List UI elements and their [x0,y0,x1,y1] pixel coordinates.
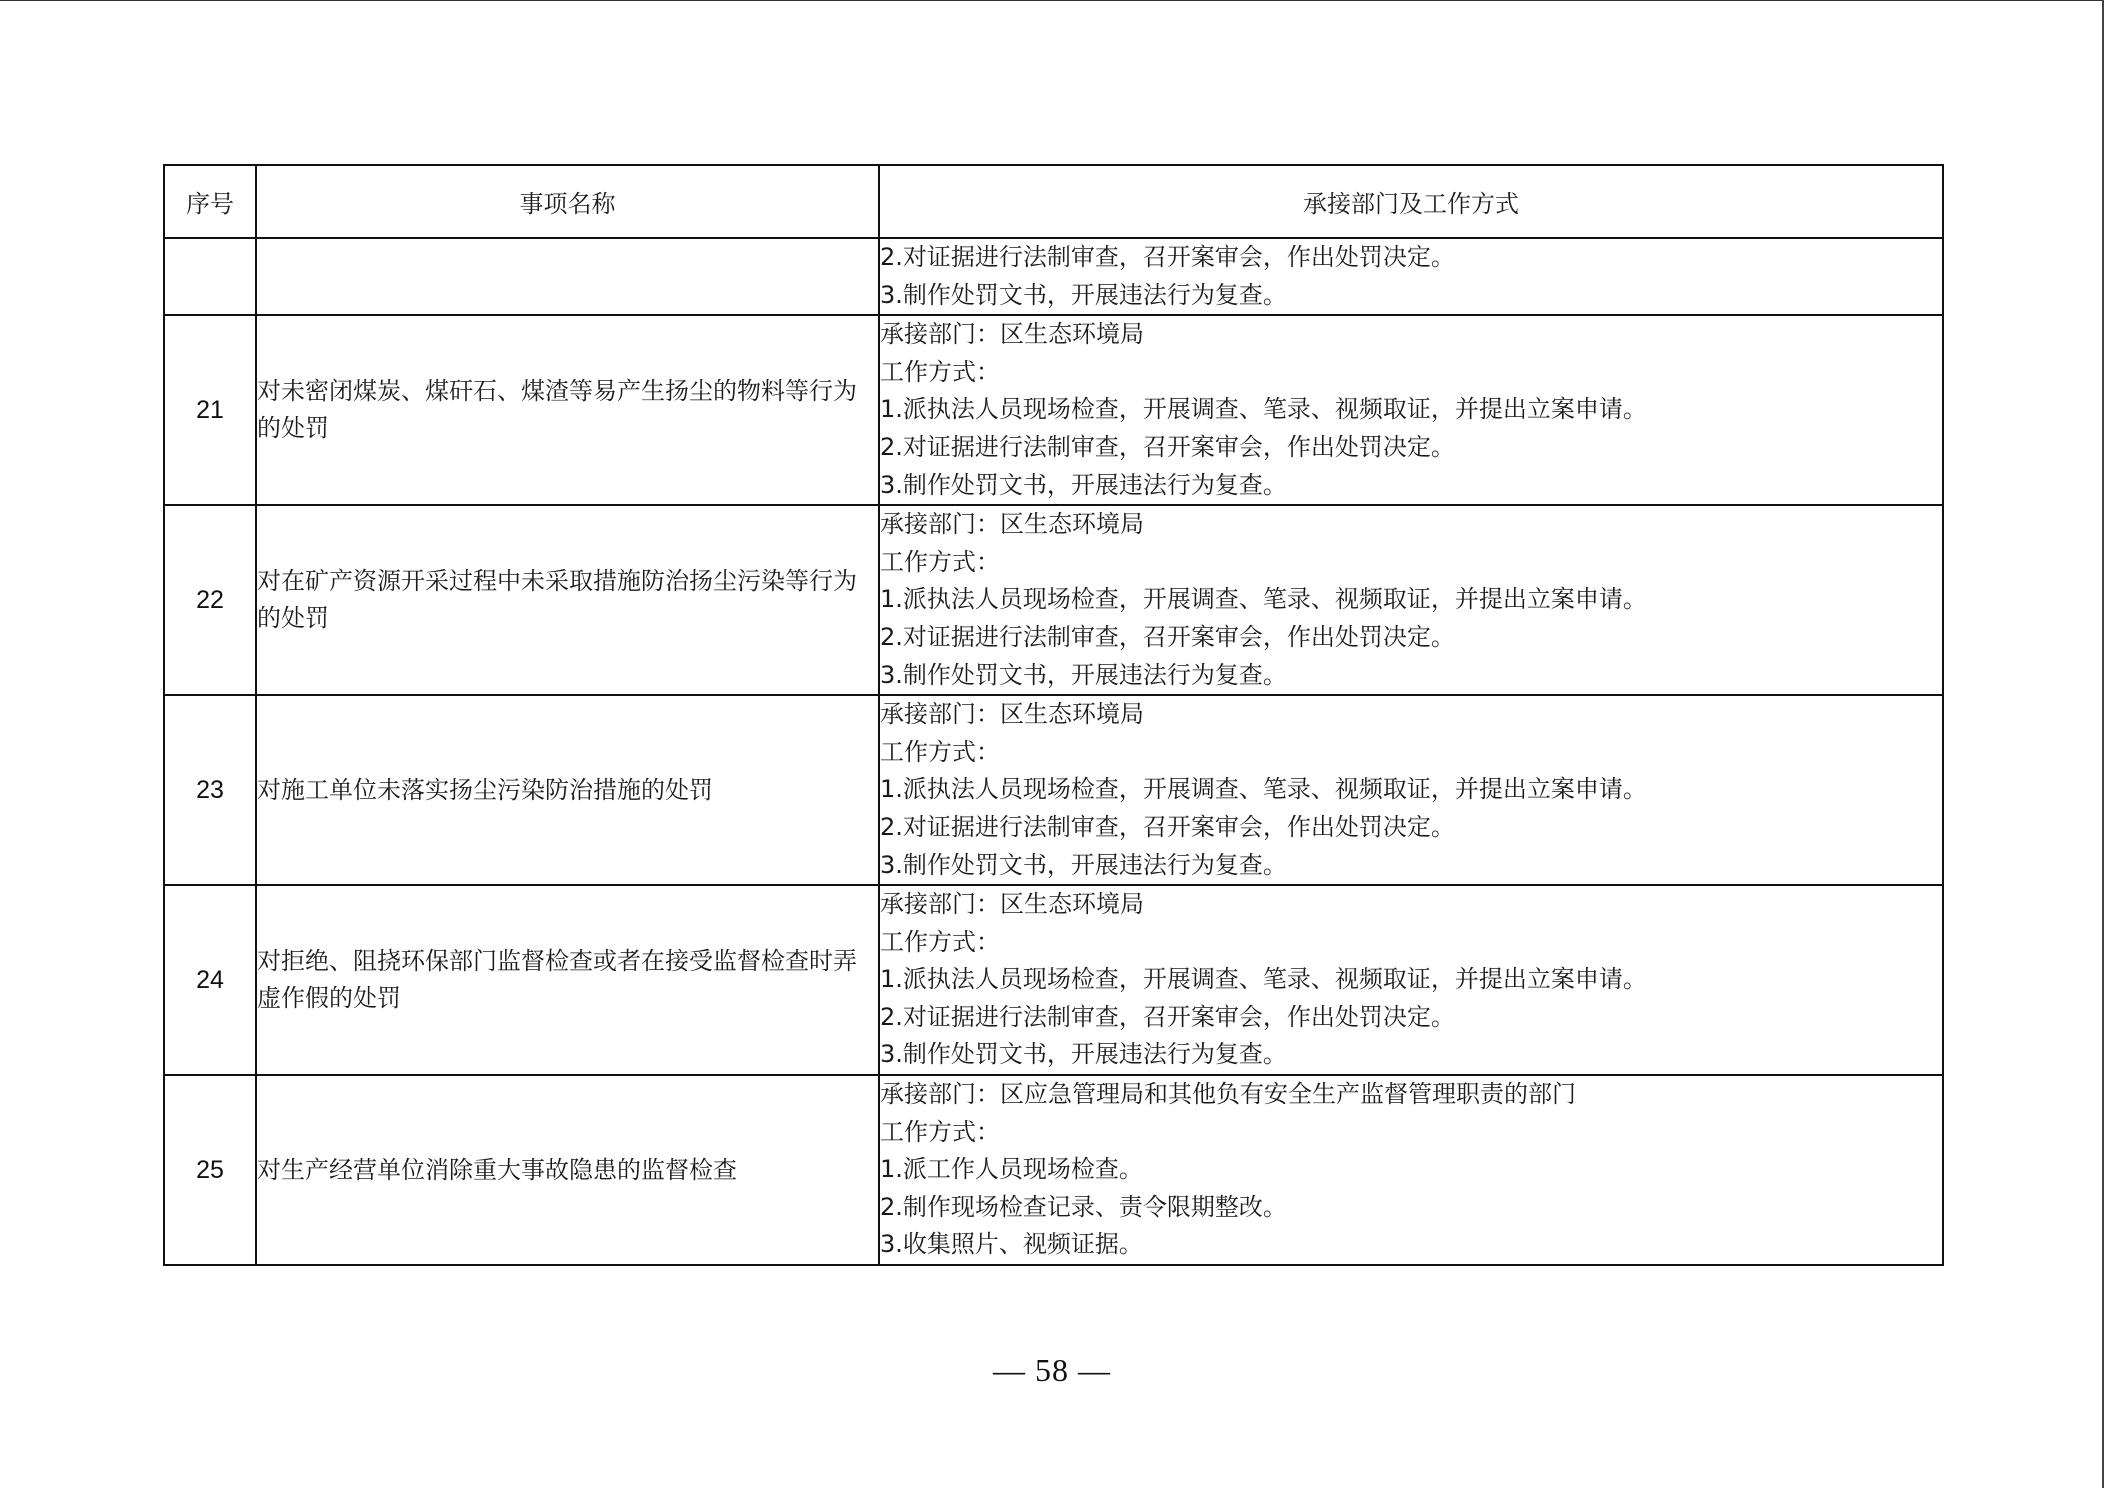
method-step-3: 3.制作处罚文书，开展违法行为复查。 [880,847,1942,885]
header-department-and-method: 承接部门及工作方式 [879,165,1943,238]
cell-serial-number [164,238,256,315]
cell-item-name: 对在矿产资源开采过程中未采取措施防治扬尘污染等行为的处罚 [256,505,879,695]
items-table: 序号 事项名称 承接部门及工作方式 2.对证据进行法制审查，召开案审会，作出处罚… [163,164,1944,1266]
method-step-2: 2.对证据进行法制审查，召开案审会，作出处罚决定。 [880,239,1942,277]
cell-serial-number: 24 [164,885,256,1075]
method-step-1: 1.派工作人员现场检查。 [880,1151,1942,1189]
method-step-2: 2.对证据进行法制审查，召开案审会，作出处罚决定。 [880,999,1942,1037]
header-item-name: 事项名称 [256,165,879,238]
method-step-3: 3.制作处罚文书，开展违法行为复查。 [880,277,1942,315]
cell-item-name [256,238,879,315]
table-row-continued: 2.对证据进行法制审查，召开案审会，作出处罚决定。 3.制作处罚文书，开展违法行… [164,238,1943,315]
method-step-1: 1.派执法人员现场检查，开展调查、笔录、视频取证，并提出立案申请。 [880,391,1942,429]
department-line: 承接部门：区生态环境局 [880,886,1942,924]
method-step-3: 3.制作处罚文书，开展违法行为复查。 [880,467,1942,505]
method-label: 工作方式： [880,1114,1942,1152]
table-row: 22 对在矿产资源开采过程中未采取措施防治扬尘污染等行为的处罚 承接部门：区生态… [164,505,1943,695]
cell-department-and-method: 承接部门：区生态环境局 工作方式： 1.派执法人员现场检查，开展调查、笔录、视频… [879,315,1943,505]
cell-serial-number: 25 [164,1075,256,1265]
table-row: 21 对未密闭煤炭、煤矸石、煤渣等易产生扬尘的物料等行为的处罚 承接部门：区生态… [164,315,1943,505]
cell-serial-number: 21 [164,315,256,505]
department-line: 承接部门：区应急管理局和其他负有安全生产监督管理职责的部门 [880,1076,1942,1114]
department-line: 承接部门：区生态环境局 [880,696,1942,734]
cell-department-and-method: 承接部门：区生态环境局 工作方式： 1.派执法人员现场检查，开展调查、笔录、视频… [879,885,1943,1075]
method-label: 工作方式： [880,544,1942,582]
cell-department-and-method: 2.对证据进行法制审查，召开案审会，作出处罚决定。 3.制作处罚文书，开展违法行… [879,238,1943,315]
cell-item-name: 对生产经营单位消除重大事故隐患的监督检查 [256,1075,879,1265]
page-number: — 58 — [0,1352,2104,1389]
table-header-row: 序号 事项名称 承接部门及工作方式 [164,165,1943,238]
method-step-3: 3.制作处罚文书，开展违法行为复查。 [880,1036,1942,1074]
method-step-2: 2.对证据进行法制审查，召开案审会，作出处罚决定。 [880,809,1942,847]
cell-item-name: 对拒绝、阻挠环保部门监督检查或者在接受监督检查时弄虚作假的处罚 [256,885,879,1075]
table-row: 23 对施工单位未落实扬尘污染防治措施的处罚 承接部门：区生态环境局 工作方式：… [164,695,1943,885]
page-top-edge [0,0,2104,1]
cell-department-and-method: 承接部门：区生态环境局 工作方式： 1.派执法人员现场检查，开展调查、笔录、视频… [879,505,1943,695]
department-line: 承接部门：区生态环境局 [880,506,1942,544]
method-step-1: 1.派执法人员现场检查，开展调查、笔录、视频取证，并提出立案申请。 [880,581,1942,619]
cell-item-name: 对未密闭煤炭、煤矸石、煤渣等易产生扬尘的物料等行为的处罚 [256,315,879,505]
method-step-2: 2.制作现场检查记录、责令限期整改。 [880,1189,1942,1227]
method-step-3: 3.制作处罚文书，开展违法行为复查。 [880,657,1942,695]
table-row: 24 对拒绝、阻挠环保部门监督检查或者在接受监督检查时弄虚作假的处罚 承接部门：… [164,885,1943,1075]
method-step-2: 2.对证据进行法制审查，召开案审会，作出处罚决定。 [880,619,1942,657]
table-row: 25 对生产经营单位消除重大事故隐患的监督检查 承接部门：区应急管理局和其他负有… [164,1075,1943,1265]
method-step-3: 3.收集照片、视频证据。 [880,1226,1942,1264]
header-serial-number: 序号 [164,165,256,238]
method-step-1: 1.派执法人员现场检查，开展调查、笔录、视频取证，并提出立案申请。 [880,771,1942,809]
department-line: 承接部门：区生态环境局 [880,316,1942,354]
cell-item-name: 对施工单位未落实扬尘污染防治措施的处罚 [256,695,879,885]
method-label: 工作方式： [880,354,1942,392]
cell-department-and-method: 承接部门：区生态环境局 工作方式： 1.派执法人员现场检查，开展调查、笔录、视频… [879,695,1943,885]
method-label: 工作方式： [880,734,1942,772]
cell-serial-number: 22 [164,505,256,695]
method-label: 工作方式： [880,924,1942,962]
method-step-2: 2.对证据进行法制审查，召开案审会，作出处罚决定。 [880,429,1942,467]
cell-serial-number: 23 [164,695,256,885]
cell-department-and-method: 承接部门：区应急管理局和其他负有安全生产监督管理职责的部门 工作方式： 1.派工… [879,1075,1943,1265]
method-step-1: 1.派执法人员现场检查，开展调查、笔录、视频取证，并提出立案申请。 [880,961,1942,999]
